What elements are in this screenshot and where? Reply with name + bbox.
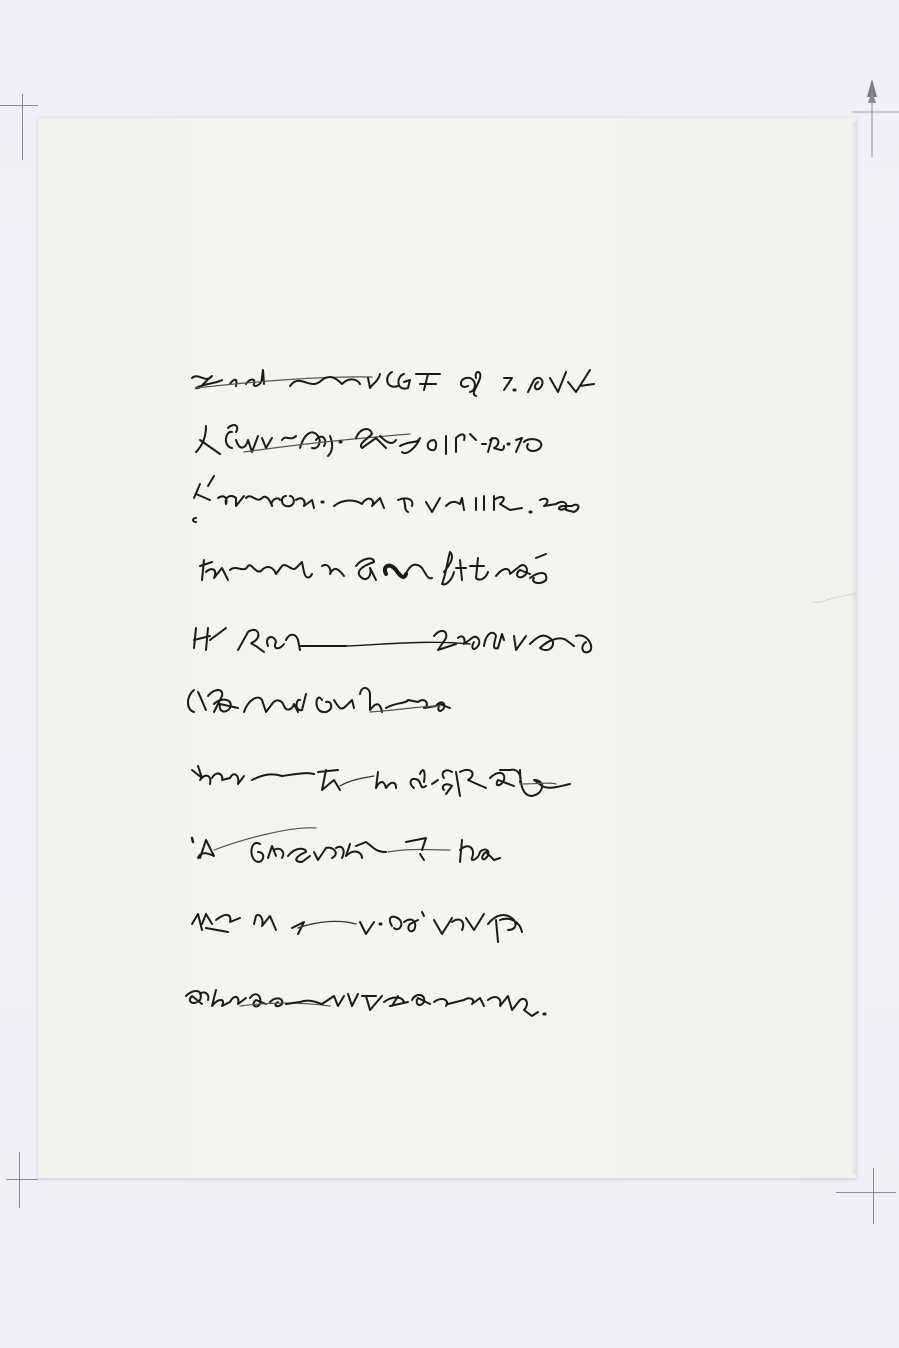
handwriting-line-2 xyxy=(196,425,541,456)
handwriting-line-7 xyxy=(192,766,570,796)
handwriting-line-5 xyxy=(194,628,591,652)
handwriting-line-9 xyxy=(192,912,522,942)
asemic-handwriting xyxy=(0,0,899,1348)
handwriting-line-1 xyxy=(192,370,594,396)
handwriting-line-10 xyxy=(186,990,545,1016)
handwriting-line-4 xyxy=(200,552,546,584)
handwriting-line-3 xyxy=(193,476,578,522)
handwriting-line-8 xyxy=(192,828,500,862)
handwriting-line-6 xyxy=(188,688,450,712)
